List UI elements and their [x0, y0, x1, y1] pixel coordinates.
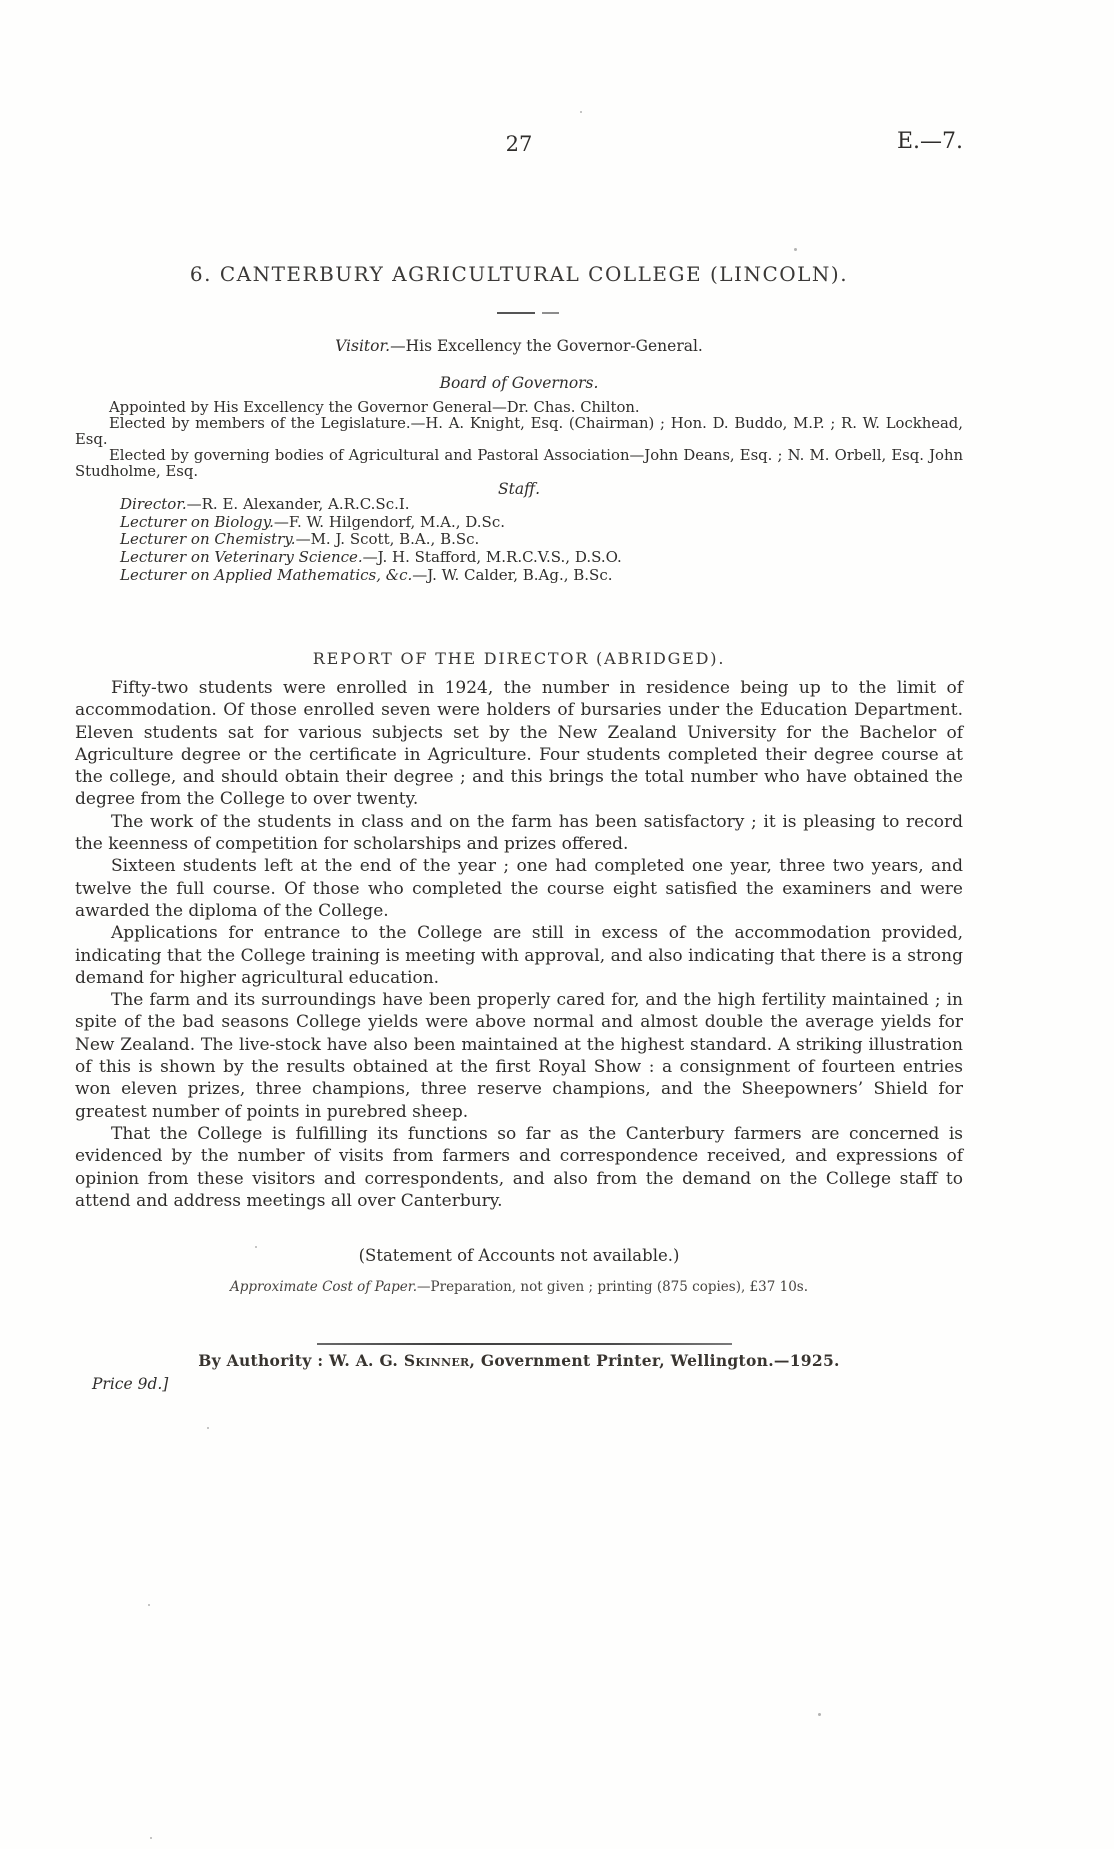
visitor-line: Visitor.—His Excellency the Governor-Gen…	[75, 337, 963, 355]
doc-reference: E.—7.	[897, 131, 963, 153]
report-heading: REPORT OF THE DIRECTOR (ABRIDGED).	[75, 649, 963, 668]
staff-name: —M. J. Scott, B.A., B.Sc.	[296, 530, 480, 548]
cost-note-lead: Approximate Cost of Paper.	[230, 1279, 417, 1295]
staff-list: Director.—R. E. Alexander, A.R.C.Sc.I. L…	[75, 496, 963, 585]
ink-speck	[818, 1713, 821, 1716]
imprint-rule	[317, 1343, 732, 1345]
document-title: 6. CANTERBURY AGRICULTURAL COLLEGE (LINC…	[75, 261, 963, 287]
staff-role: Lecturer on Applied Mathematics, &c.	[120, 566, 412, 584]
text-column: 27 E.—7. 6. CANTERBURY AGRICULTURAL COLL…	[75, 0, 963, 1849]
page-number: 27	[75, 133, 963, 155]
report-paragraph: The farm and its surroundings have been …	[75, 989, 963, 1123]
cost-note: Approximate Cost of Paper.—Preparation, …	[75, 1279, 963, 1295]
imprint-prefix: By Authority : W. A. G.	[198, 1351, 404, 1370]
ink-speck	[150, 1837, 152, 1839]
report-paragraph: The work of the students in class and on…	[75, 811, 963, 856]
cost-note-rest: —Preparation, not given ; printing (875 …	[417, 1279, 808, 1295]
staff-role: Lecturer on Chemistry.	[120, 530, 296, 548]
ink-speck	[207, 1427, 209, 1429]
report-paragraph: Fifty-two students were enrolled in 1924…	[75, 677, 963, 811]
title-separator-rule	[497, 312, 559, 314]
staff-row-chemistry: Lecturer on Chemistry.—M. J. Scott, B.A.…	[75, 531, 963, 549]
board-heading: Board of Governors.	[75, 374, 963, 392]
report-paragraph: That the College is fulfilling its funct…	[75, 1123, 963, 1212]
report-body: Fifty-two students were enrolled in 1924…	[75, 677, 963, 1212]
staff-name: —R. E. Alexander, A.R.C.Sc.I.	[187, 495, 410, 513]
board-item-elected-associations: Elected by governing bodies of Agricultu…	[75, 448, 963, 480]
printer-name: Skinner	[404, 1351, 470, 1370]
report-paragraph: Applications for entrance to the College…	[75, 922, 963, 989]
staff-row-mathematics: Lecturer on Applied Mathematics, &c.—J. …	[75, 567, 963, 585]
report-paragraph: Sixteen students left at the end of the …	[75, 855, 963, 922]
board-item-appointed: Appointed by His Excellency the Governor…	[75, 400, 963, 416]
board-list: Appointed by His Excellency the Governor…	[75, 400, 963, 480]
visitor-text: —His Excellency the Governor-General.	[390, 337, 703, 355]
ink-speck	[148, 1604, 150, 1606]
statement-note: (Statement of Accounts not available.)	[75, 1246, 963, 1265]
imprint-suffix: , Government Printer, Wellington.—1925.	[469, 1351, 839, 1370]
staff-row-biology: Lecturer on Biology.—F. W. Hilgendorf, M…	[75, 514, 963, 532]
ink-speck	[580, 111, 582, 113]
ink-speck	[255, 1246, 257, 1248]
staff-role: Director.	[120, 495, 187, 513]
staff-row-veterinary: Lecturer on Veterinary Science.—J. H. St…	[75, 549, 963, 567]
staff-role: Lecturer on Veterinary Science.	[120, 548, 363, 566]
imprint-line: By Authority : W. A. G. Skinner, Governm…	[75, 1351, 963, 1370]
staff-name: —J. W. Calder, B.Ag., B.Sc.	[412, 566, 612, 584]
staff-name: —J. H. Stafford, M.R.C.V.S., D.S.O.	[363, 548, 622, 566]
page-header: 27 E.—7.	[75, 133, 963, 155]
staff-row-director: Director.—R. E. Alexander, A.R.C.Sc.I.	[75, 496, 963, 514]
visitor-label: Visitor.	[335, 337, 390, 355]
staff-name: —F. W. Hilgendorf, M.A., D.Sc.	[274, 513, 505, 531]
ink-speck	[794, 248, 797, 251]
document-page: 27 E.—7. 6. CANTERBURY AGRICULTURAL COLL…	[0, 0, 1114, 1849]
staff-role: Lecturer on Biology.	[120, 513, 274, 531]
board-item-elected-legislature: Elected by members of the Legislature.—H…	[75, 416, 963, 448]
price-note: Price 9d.]	[92, 1375, 168, 1393]
